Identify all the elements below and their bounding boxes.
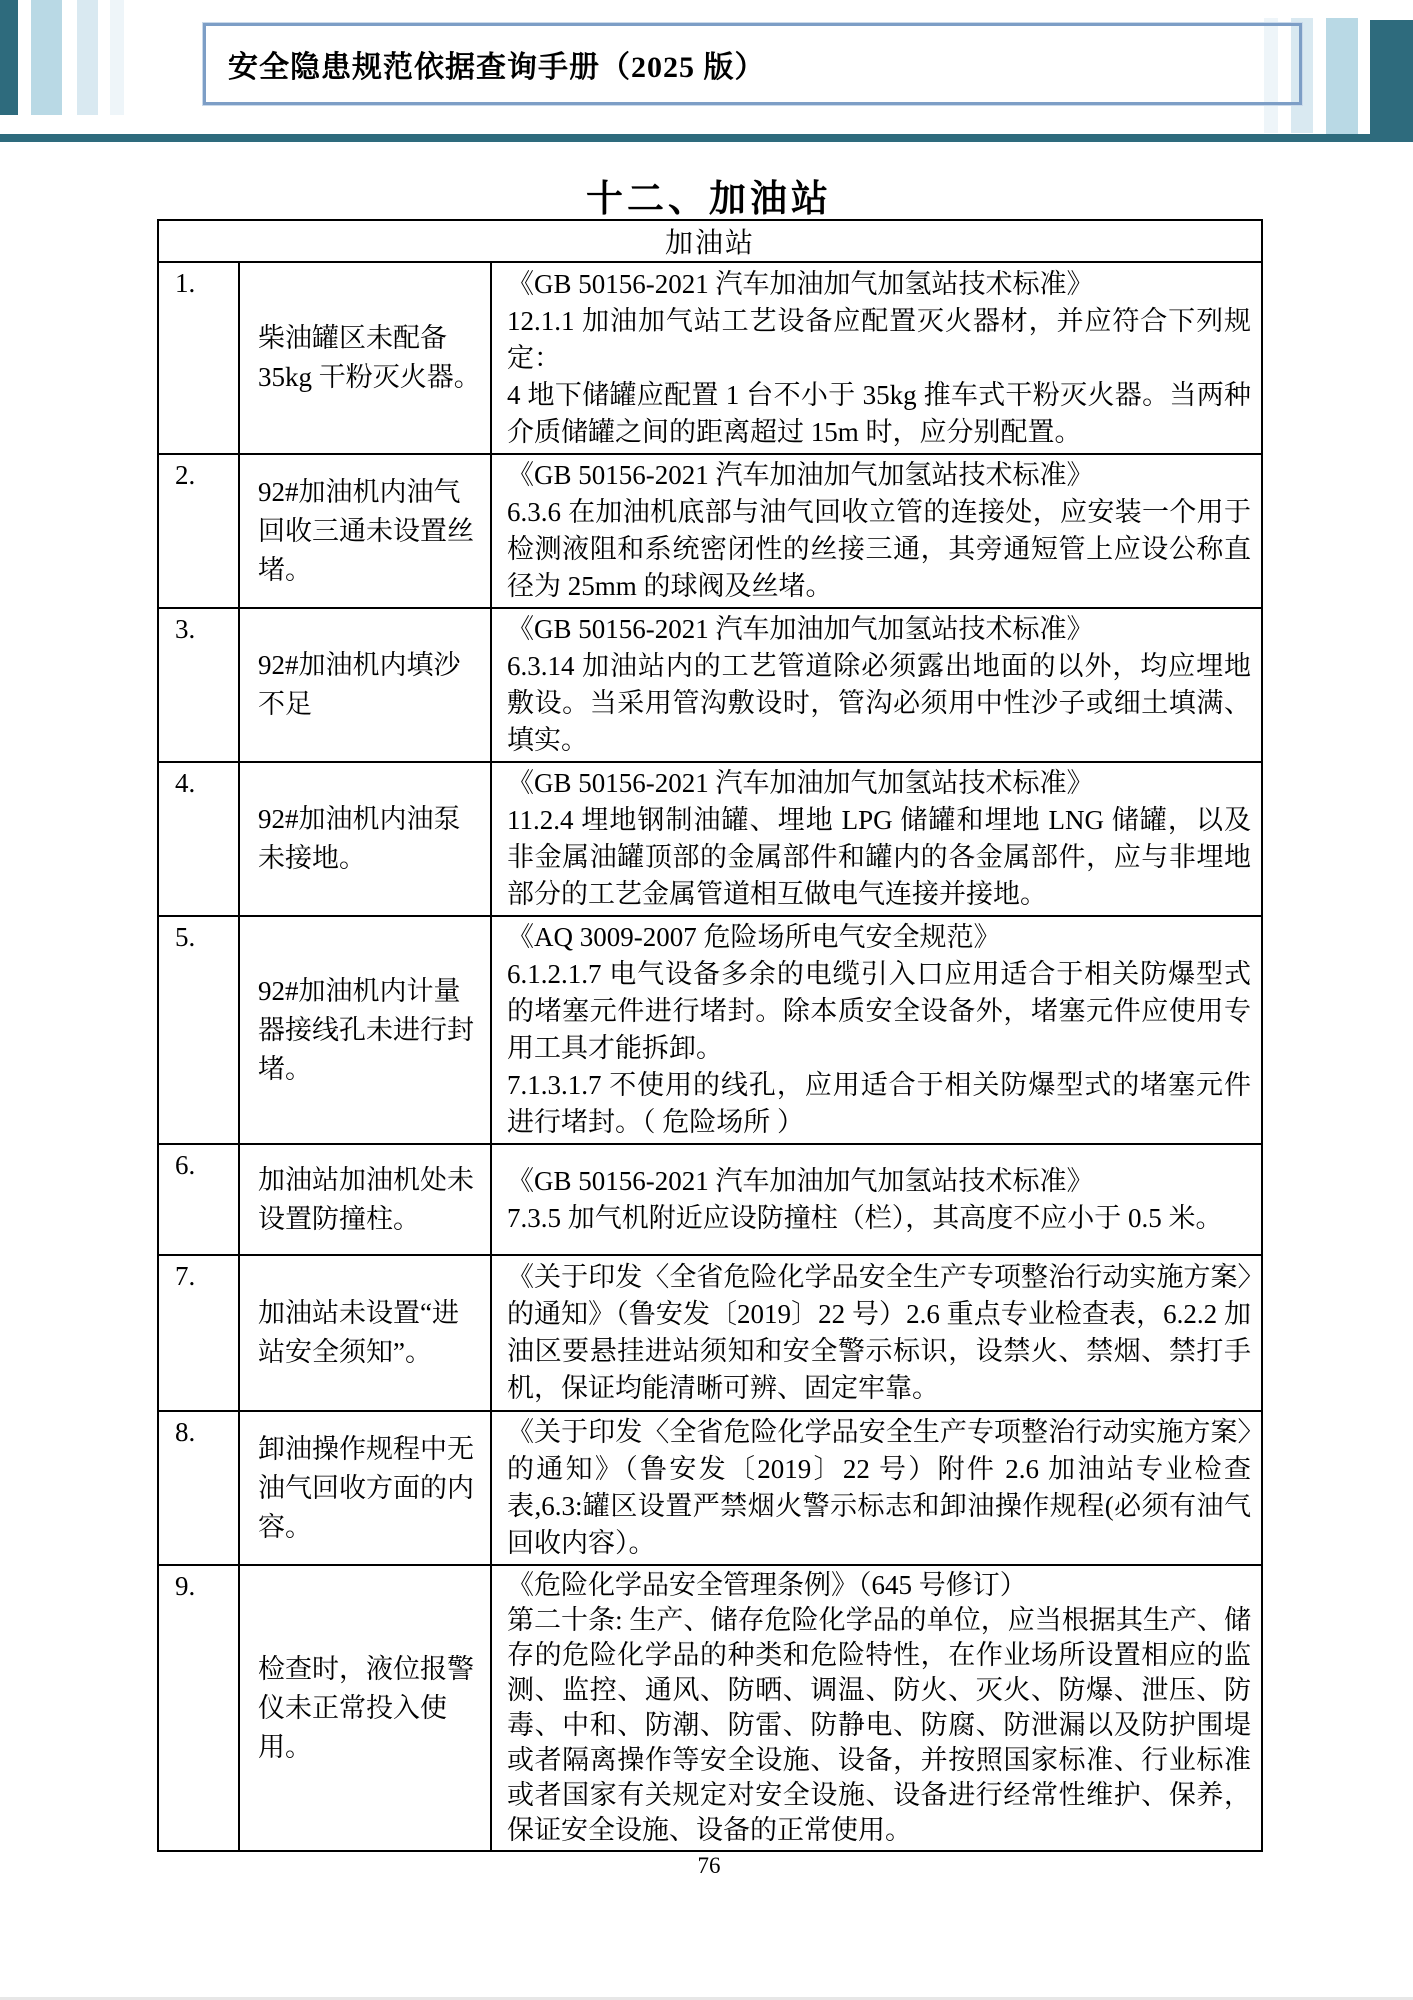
regulation-paragraph: 4 地下储罐应配置 1 台不小于 35kg 推车式干粉灭火器。当两种介质储罐之间…	[507, 377, 1251, 451]
table-row: 9. 检查时，液位报警仪未正常投入使用。 《危险化学品安全管理条例》（645 号…	[158, 1565, 1262, 1851]
hazard-cell: 加油站未设置“进站安全须知”。	[239, 1255, 491, 1411]
table-row: 5. 92#加油机内计量器接线孔未进行封堵。 《AQ 3009-2007 危险场…	[158, 916, 1262, 1144]
hazard-cell: 柴油罐区未配备 35kg 干粉灭火器。	[239, 262, 491, 454]
table-row: 3. 92#加油机内填沙不足 《GB 50156-2021 汽车加油加气加氢站技…	[158, 608, 1262, 762]
regulation-cell: 《GB 50156-2021 汽车加油加气加氢站技术标准》 6.3.14 加油站…	[491, 608, 1262, 762]
regulation-paragraph: 11.2.4 埋地钢制油罐、埋地 LPG 储罐和埋地 LNG 储罐，以及非金属油…	[507, 802, 1251, 913]
table-row: 8. 卸油操作规程中无油气回收方面的内容。 《关于印发〈全省危险化学品安全生产专…	[158, 1411, 1262, 1565]
header-title-box: 安全隐患规范依据查询手册（2025 版）	[203, 23, 1302, 105]
regulation-paragraph: 《GB 50156-2021 汽车加油加气加氢站技术标准》	[507, 266, 1251, 303]
hazard-cell: 92#加油机内填沙不足	[239, 608, 491, 762]
table-title: 加油站	[158, 220, 1262, 262]
regulation-paragraph: 《GB 50156-2021 汽车加油加气加氢站技术标准》	[507, 611, 1251, 648]
regulation-cell: 《危险化学品安全管理条例》（645 号修订） 第二十条: 生产、储存危险化学品的…	[491, 1565, 1262, 1851]
deco-bar-left-light	[31, 0, 62, 115]
regulation-paragraph: 7.1.3.1.7 不使用的线孔，应用适合于相关防爆型式的堵塞元件进行堵封。（ …	[507, 1067, 1251, 1141]
table-row: 1. 柴油罐区未配备 35kg 干粉灭火器。 《GB 50156-2021 汽车…	[158, 262, 1262, 454]
hazard-cell: 92#加油机内油气回收三通未设置丝堵。	[239, 454, 491, 608]
table-row: 4. 92#加油机内油泵未接地。 《GB 50156-2021 汽车加油加气加氢…	[158, 762, 1262, 916]
row-number: 8.	[158, 1411, 239, 1565]
table-row: 6. 加油站加油机处未设置防撞柱。 《GB 50156-2021 汽车加油加气加…	[158, 1144, 1262, 1255]
regulation-paragraph: 《AQ 3009-2007 危险场所电气安全规范》	[507, 919, 1251, 956]
regulation-cell: 《GB 50156-2021 汽车加油加气加氢站技术标准》 11.2.4 埋地钢…	[491, 762, 1262, 916]
table-row: 7. 加油站未设置“进站安全须知”。 《关于印发〈全省危险化学品安全生产专项整治…	[158, 1255, 1262, 1411]
regulation-paragraph: 12.1.1 加油加气站工艺设备应配置灭火器材，并应符合下列规定：	[507, 303, 1251, 377]
hazard-cell: 92#加油机内油泵未接地。	[239, 762, 491, 916]
regulation-paragraph: 6.3.14 加油站内的工艺管道除必须露出地面的以外，均应埋地敷设。当采用管沟敷…	[507, 648, 1251, 759]
hazard-cell: 92#加油机内计量器接线孔未进行封堵。	[239, 916, 491, 1144]
regulation-paragraph: 《GB 50156-2021 汽车加油加气加氢站技术标准》	[507, 457, 1251, 494]
regulation-cell: 《关于印发〈全省危险化学品安全生产专项整治行动实施方案〉的通知》（鲁安发〔201…	[491, 1411, 1262, 1565]
deco-bar-left-dark	[0, 0, 18, 115]
row-number: 5.	[158, 916, 239, 1144]
regulation-cell: 《GB 50156-2021 汽车加油加气加氢站技术标准》 12.1.1 加油加…	[491, 262, 1262, 454]
regulation-paragraph: 《危险化学品安全管理条例》（645 号修订）	[507, 1568, 1251, 1603]
regulation-cell: 《GB 50156-2021 汽车加油加气加氢站技术标准》 7.3.5 加气机附…	[491, 1144, 1262, 1255]
row-number: 7.	[158, 1255, 239, 1411]
regulation-paragraph: 6.3.6 在加油机底部与油气回收立管的连接处，应安装一个用于检测液阻和系统密闭…	[507, 494, 1251, 605]
regulation-paragraph: 7.3.5 加气机附近应设防撞柱（栏），其高度不应小于 0.5 米。	[507, 1200, 1251, 1237]
deco-bar-left-lighter	[77, 0, 98, 115]
table-row: 2. 92#加油机内油气回收三通未设置丝堵。 《GB 50156-2021 汽车…	[158, 454, 1262, 608]
deco-bar-right-dark	[1370, 20, 1413, 142]
row-number: 3.	[158, 608, 239, 762]
hazard-cell: 加油站加油机处未设置防撞柱。	[239, 1144, 491, 1255]
regulation-cell: 《关于印发〈全省危险化学品安全生产专项整治行动实施方案〉的通知》（鲁安发〔201…	[491, 1255, 1262, 1411]
section-title: 十二、加油站	[157, 168, 1261, 222]
regulation-paragraph: 《关于印发〈全省危险化学品安全生产专项整治行动实施方案〉的通知》（鲁安发〔201…	[507, 1259, 1251, 1407]
regulation-paragraph: 6.1.2.1.7 电气设备多余的电缆引入口应用适合于相关防爆型式的堵塞元件进行…	[507, 956, 1251, 1067]
regulation-paragraph: 《GB 50156-2021 汽车加油加气加氢站技术标准》	[507, 765, 1251, 802]
hazard-table: 加油站 1. 柴油罐区未配备 35kg 干粉灭火器。 《GB 50156-202…	[157, 219, 1263, 1852]
manual-title: 安全隐患规范依据查询手册（2025 版）	[228, 42, 766, 86]
page-number: 76	[157, 1853, 1261, 1879]
row-number: 1.	[158, 262, 239, 454]
deco-bar-left-faint	[110, 0, 124, 115]
row-number: 2.	[158, 454, 239, 608]
row-number: 4.	[158, 762, 239, 916]
regulation-cell: 《AQ 3009-2007 危险场所电气安全规范》 6.1.2.1.7 电气设备…	[491, 916, 1262, 1144]
regulation-cell: 《GB 50156-2021 汽车加油加气加氢站技术标准》 6.3.6 在加油机…	[491, 454, 1262, 608]
row-number: 9.	[158, 1565, 239, 1851]
hazard-cell: 卸油操作规程中无油气回收方面的内容。	[239, 1411, 491, 1565]
table-header-row: 加油站	[158, 220, 1262, 262]
regulation-paragraph: 第二十条: 生产、储存危险化学品的单位，应当根据其生产、储存的危险化学品的种类和…	[507, 1603, 1251, 1848]
row-number: 6.	[158, 1144, 239, 1255]
regulation-paragraph: 《关于印发〈全省危险化学品安全生产专项整治行动实施方案〉的通知》（鲁安发〔201…	[507, 1414, 1251, 1562]
hazard-cell: 检查时，液位报警仪未正常投入使用。	[239, 1565, 491, 1851]
deco-bar-right-light	[1326, 18, 1358, 135]
regulation-paragraph: 《GB 50156-2021 汽车加油加气加氢站技术标准》	[507, 1163, 1251, 1200]
page: 安全隐患规范依据查询手册（2025 版） 十二、加油站 加油站 1. 柴油罐区未…	[0, 0, 1413, 2000]
header-divider-rule	[0, 134, 1413, 142]
